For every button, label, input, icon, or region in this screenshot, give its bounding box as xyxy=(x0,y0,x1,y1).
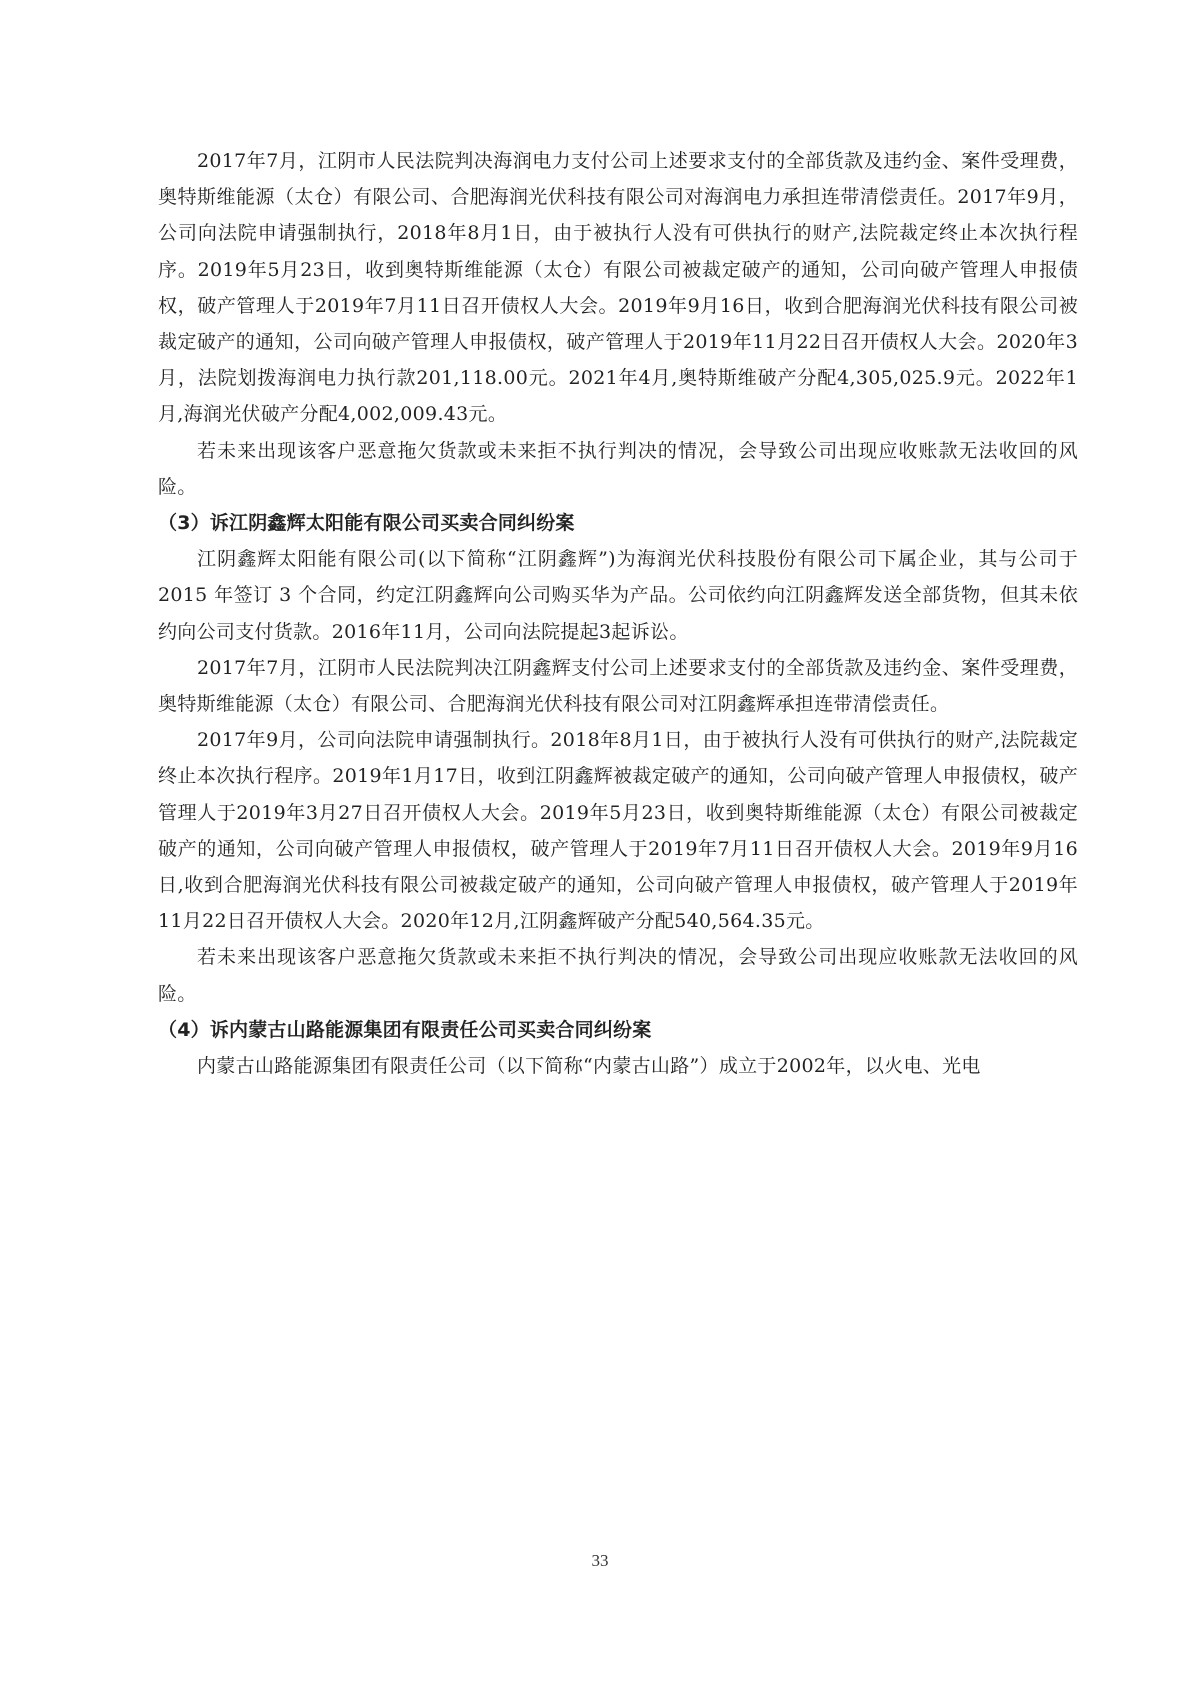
paragraph-haerun-judgment: 2017年7月，江阴市人民法院判决海润电力支付公司上述要求支付的全部货款及违约金… xyxy=(158,143,1078,433)
document-page: 2017年7月，江阴市人民法院判决海润电力支付公司上述要求支付的全部货款及违约金… xyxy=(158,143,1078,1084)
paragraph-jiangyin-xinhui-judgment: 2017年7月，江阴市人民法院判决江阴鑫辉支付公司上述要求支付的全部货款及违约金… xyxy=(158,650,1078,722)
paragraph-inner-mongolia-shanlu-intro: 内蒙古山路能源集团有限责任公司（以下简称“内蒙古山路”）成立于2002年，以火电… xyxy=(158,1048,1078,1084)
paragraph-jiangyin-xinhui-enforcement: 2017年9月，公司向法院申请强制执行。2018年8月1日，由于被执行人没有可供… xyxy=(158,722,1078,939)
paragraph-risk-warning-2: 若未来出现该客户恶意拖欠货款或未来拒不执行判决的情况，会导致公司出现应收账款无法… xyxy=(158,939,1078,1011)
section-heading-case-4: （4）诉内蒙古山路能源集团有限责任公司买卖合同纠纷案 xyxy=(158,1012,1078,1048)
paragraph-jiangyin-xinhui-intro: 江阴鑫辉太阳能有限公司(以下简称“江阴鑫辉”)为海润光伏科技股份有限公司下属企业… xyxy=(158,541,1078,650)
page-number: 33 xyxy=(0,1551,1200,1571)
paragraph-risk-warning-1: 若未来出现该客户恶意拖欠货款或未来拒不执行判决的情况，会导致公司出现应收账款无法… xyxy=(158,433,1078,505)
section-heading-case-3: （3）诉江阴鑫辉太阳能有限公司买卖合同纠纷案 xyxy=(158,505,1078,541)
